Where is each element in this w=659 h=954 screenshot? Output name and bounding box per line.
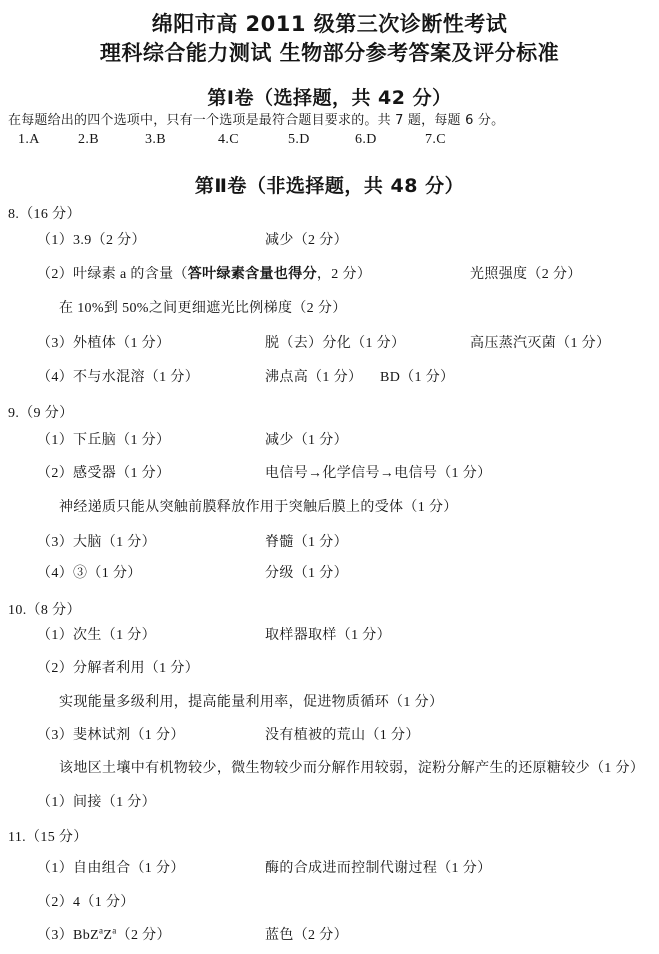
- q9-item1-answer1: （1）下丘脑（1 分）: [37, 429, 170, 449]
- q11-item3-answer1: （3）BbZaZa（2 分）: [37, 924, 171, 944]
- q9-number: 9.（9 分）: [8, 402, 73, 422]
- q8-item4-answer3: BD（1 分）: [380, 366, 454, 386]
- q10-number-row: 10.（8 分）: [0, 599, 659, 619]
- answer-q7: 7.C: [425, 132, 446, 148]
- q10-item3-row: （3）斐林试剂（1 分） 没有植被的荒山（1 分）: [0, 724, 659, 744]
- q9-item2-row: （2）感受器（1 分） 电信号→化学信号→电信号（1 分）: [0, 462, 659, 482]
- document-title: 绵阳市高 2011 级第三次诊断性考试: [0, 8, 659, 38]
- q8-item4-row: （4）不与水混溶（1 分） 沸点高（1 分） BD（1 分）: [0, 366, 659, 386]
- q9-item4-answer1: （4）③（1 分）: [37, 562, 142, 582]
- answer-q4: 4.C: [218, 132, 239, 148]
- q8-item2-row: （2）叶绿素 a 的含量（答叶绿素含量也得分，2 分） 光照强度（2 分）: [0, 263, 659, 283]
- q8-item4-answer2: 沸点高（1 分）: [265, 366, 362, 386]
- q8-number: 8.（16 分）: [8, 203, 81, 223]
- q10-item1-answer1: （1）次生（1 分）: [37, 624, 156, 644]
- q8-item4-answer1: （4）不与水混溶（1 分）: [37, 366, 199, 386]
- q9-item3-answer1: （3）大脑（1 分）: [37, 531, 156, 551]
- q10-item3-answer1: （3）斐林试剂（1 分）: [37, 724, 185, 744]
- answer-q1: 1.A: [18, 132, 40, 148]
- q9-item4-answer2: 分级（1 分）: [265, 562, 348, 582]
- q8-item2-continuation: 在 10%到 50%之间更细遮光比例梯度（2 分）: [59, 297, 347, 317]
- q11-item3-row: （3）BbZaZa（2 分） 蓝色（2 分）: [0, 924, 659, 944]
- q9-item1-row: （1）下丘脑（1 分） 减少（1 分）: [0, 429, 659, 449]
- q8-item1-answer1: （1）3.9（2 分）: [37, 229, 146, 249]
- q8-item1-answer2: 减少（2 分）: [265, 229, 348, 249]
- multiple-choice-answers-row: 1.A 2.B 3.B 4.C 5.D 6.D 7.C: [0, 132, 659, 152]
- q8-item1-row: （1）3.9（2 分） 减少（2 分）: [0, 229, 659, 249]
- q9-item2-answer2: 电信号→化学信号→电信号（1 分）: [265, 462, 491, 482]
- part1-heading: 第Ⅰ卷（选择题，共 42 分）: [0, 83, 659, 110]
- q8-item2-bold-note: 答叶绿素含量也得分: [188, 266, 317, 282]
- part2-heading: 第Ⅱ卷（非选择题，共 48 分）: [0, 171, 659, 198]
- q9-item2-continuation-row: 神经递质只能从突触前膜释放作用于突触后膜上的受体（1 分）: [0, 496, 659, 516]
- exam-answer-key-page: 绵阳市高 2011 级第三次诊断性考试 理科综合能力测试 生物部分参考答案及评分…: [0, 0, 659, 954]
- q9-number-row: 9.（9 分）: [0, 402, 659, 422]
- q11-item2-row: （2）4（1 分）: [0, 891, 659, 911]
- q9-item3-answer2: 脊髓（1 分）: [265, 531, 348, 551]
- document-subtitle: 理科综合能力测试 生物部分参考答案及评分标准: [0, 37, 659, 67]
- q10-item3-continuation: 该地区土壤中有机物较少，微生物较少而分解作用较弱，淀粉分解产生的还原糖较少（1 …: [59, 757, 644, 777]
- q10-item1-row: （1）次生（1 分） 取样器取样（1 分）: [0, 624, 659, 644]
- q11-item3-answer2: 蓝色（2 分）: [265, 924, 348, 944]
- q8-item3-row: （3）外植体（1 分） 脱（去）分化（1 分） 高压蒸汽灭菌（1 分）: [0, 332, 659, 352]
- q9-item1-answer2: 减少（1 分）: [265, 429, 348, 449]
- q9-item2-answer1: （2）感受器（1 分）: [37, 462, 170, 482]
- q10-item4-row: （1）间接（1 分）: [0, 791, 659, 811]
- q10-item4-answer1: （1）间接（1 分）: [37, 791, 156, 811]
- q8-item3-answer3: 高压蒸汽灭菌（1 分）: [470, 332, 610, 352]
- q10-item2-continuation-row: 实现能量多级利用，提高能量利用率，促进物质循环（1 分）: [0, 691, 659, 711]
- answer-q2: 2.B: [78, 132, 99, 148]
- q10-item2-row: （2）分解者利用（1 分）: [0, 657, 659, 677]
- q9-item4-row: （4）③（1 分） 分级（1 分）: [0, 562, 659, 582]
- q9-item2-continuation: 神经递质只能从突触前膜释放作用于突触后膜上的受体（1 分）: [59, 496, 458, 516]
- q10-item2-answer1: （2）分解者利用（1 分）: [37, 657, 199, 677]
- q11-item1-row: （1）自由组合（1 分） 酶的合成进而控制代谢过程（1 分）: [0, 857, 659, 877]
- answer-q6: 6.D: [355, 132, 377, 148]
- answer-q3: 3.B: [145, 132, 166, 148]
- q8-item2-answer2: 光照强度（2 分）: [470, 263, 582, 283]
- q10-item3-answer2: 没有植被的荒山（1 分）: [265, 724, 420, 744]
- q8-item3-answer2: 脱（去）分化（1 分）: [265, 332, 405, 352]
- part1-instruction: 在每题给出的四个选项中，只有一个选项是最符合题目要求的。共 7 题，每题 6 分…: [8, 109, 504, 128]
- q8-item3-answer1: （3）外植体（1 分）: [37, 332, 170, 352]
- q11-number-row: 11.（15 分）: [0, 826, 659, 846]
- q10-number: 10.（8 分）: [8, 599, 81, 619]
- q8-item2-answer1: （2）叶绿素 a 的含量（答叶绿素含量也得分，2 分）: [37, 263, 371, 283]
- q11-item2-answer1: （2）4（1 分）: [37, 891, 135, 911]
- q11-number: 11.（15 分）: [8, 826, 88, 846]
- q11-item1-answer2: 酶的合成进而控制代谢过程（1 分）: [265, 857, 491, 877]
- q8-number-row: 8.（16 分）: [0, 203, 659, 223]
- q9-item3-row: （3）大脑（1 分） 脊髓（1 分）: [0, 531, 659, 551]
- q8-item2-continuation-row: 在 10%到 50%之间更细遮光比例梯度（2 分）: [0, 297, 659, 317]
- q10-item1-answer2: 取样器取样（1 分）: [265, 624, 391, 644]
- q11-item1-answer1: （1）自由组合（1 分）: [37, 857, 185, 877]
- answer-q5: 5.D: [288, 132, 310, 148]
- q10-item2-continuation: 实现能量多级利用，提高能量利用率，促进物质循环（1 分）: [59, 691, 443, 711]
- q10-item3-continuation-row: 该地区土壤中有机物较少，微生物较少而分解作用较弱，淀粉分解产生的还原糖较少（1 …: [0, 757, 659, 777]
